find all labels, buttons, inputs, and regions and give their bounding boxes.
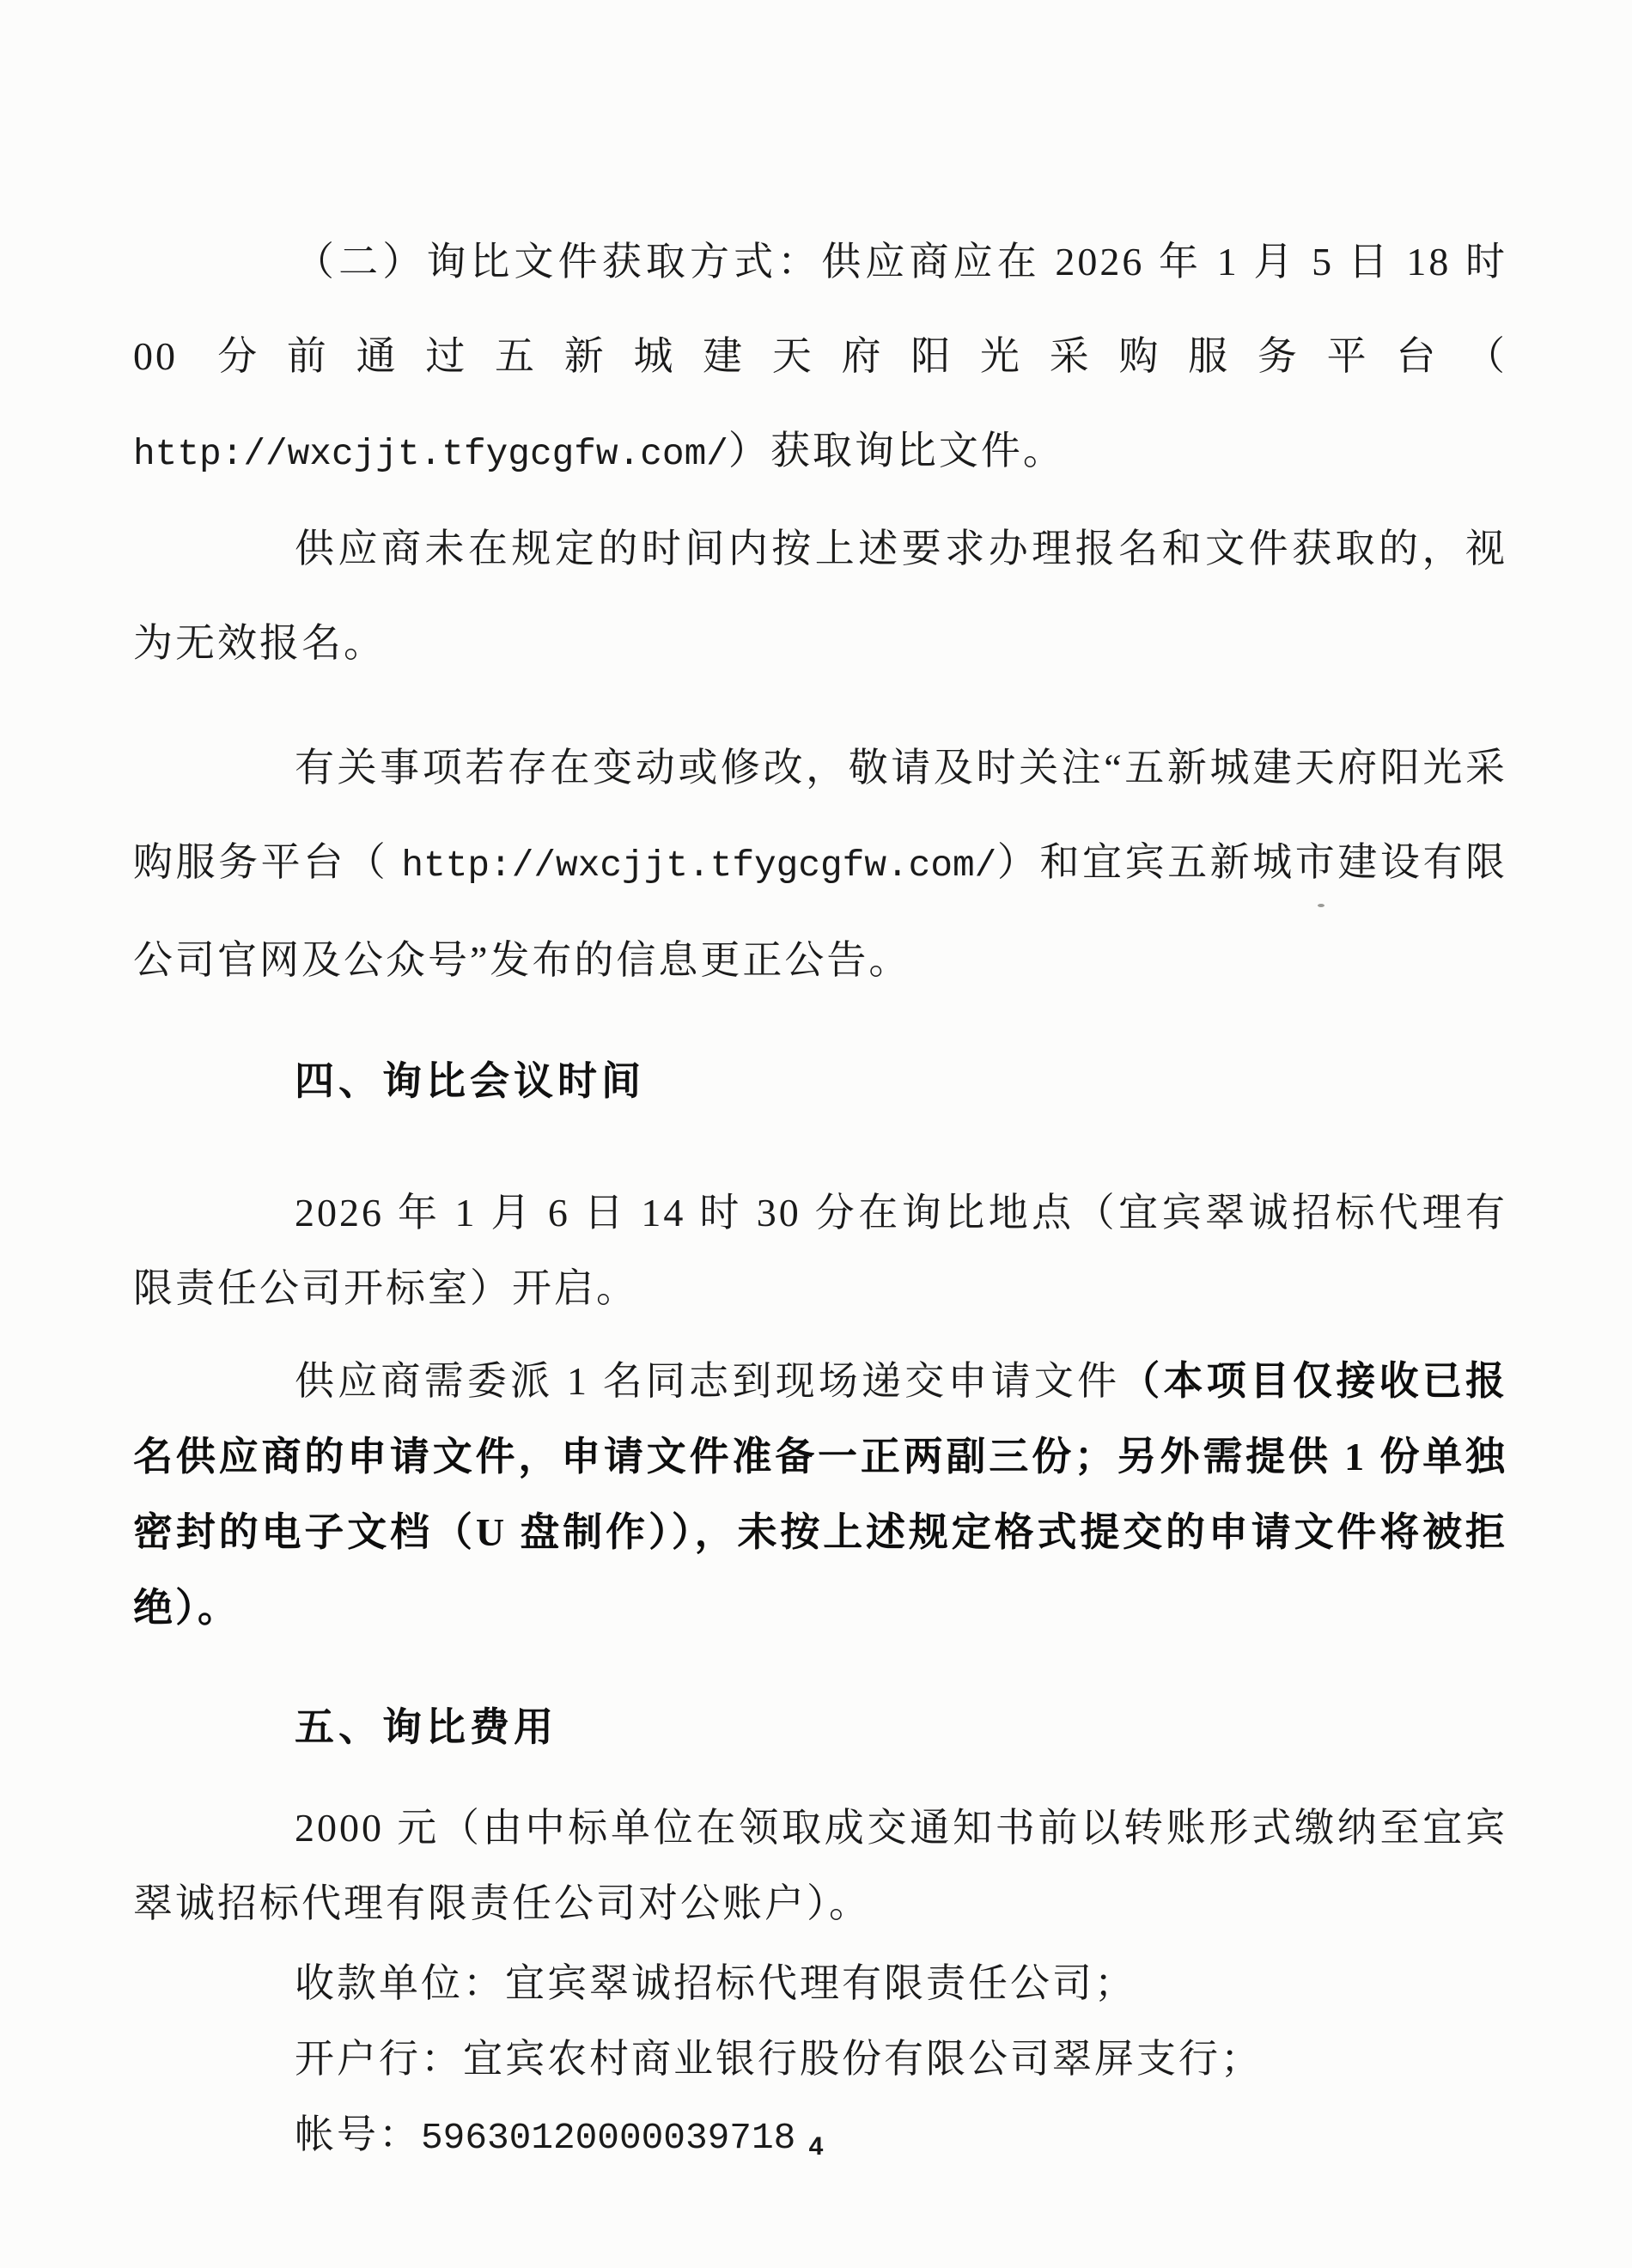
paragraph-bank: 开户行：宜宾农村商业银行股份有限公司翠屏支行； [133, 2021, 1507, 2097]
scanned-document-page: （二）询比文件获取方式：供应商应在 2026 年 1 月 5 日 18 时 00… [0, 0, 1632, 2268]
paragraph-invalid-registration: 供应商未在规定的时间内按上述要求办理报名和文件获取的，视为无效报名。 [133, 502, 1507, 691]
section-heading-meeting-time: 四、询比会议时间 [133, 1033, 1507, 1128]
paragraph-text: 开户行：宜宾农村商业银行股份有限公司翠屏支行； [295, 2037, 1263, 2081]
page-number: 4 [809, 2132, 824, 2161]
section-heading-fee: 五、询比费用 [133, 1689, 1507, 1765]
paragraph-payee: 收款单位：宜宾翠诚招标代理有限责任公司； [133, 1946, 1507, 2021]
scan-speckle [1318, 904, 1324, 907]
paragraph-meeting-time: 2026 年 1 月 6 日 14 时 30 分在询比地点（宜宾翠诚招标代理有限… [133, 1175, 1507, 1326]
paragraph-fee-amount: 2000 元（由中标单位在领取成交通知书前以转账形式缴纳至宜宾翠诚招标代理有限责… [133, 1790, 1507, 1942]
paragraph-text: 2026 年 1 月 6 日 14 时 30 分在询比地点（宜宾翠诚招标代理有限… [133, 1191, 1507, 1310]
paragraph-text: ）获取询比文件。 [728, 429, 1065, 472]
paragraph-text: 2000 元（由中标单位在领取成交通知书前以转账形式缴纳至宜宾翠诚招标代理有限责… [133, 1806, 1507, 1925]
platform-url: http://wxcjjt.tfygcgfw.com/ [401, 844, 996, 887]
paragraph-text: 供应商未在规定的时间内按上述要求办理报名和文件获取的，视为无效报名。 [133, 527, 1507, 665]
heading-text: 四、询比会议时间 [295, 1058, 645, 1103]
paragraph-text: （二）询比文件获取方式：供应商应在 2026 年 1 月 5 日 18 时 00… [133, 240, 1507, 378]
page-footer: 4 [0, 2132, 1632, 2161]
paragraph-change-notice: 有关事项若存在变动或修改，敬请及时关注“五新城建天府阳光采购服务平台（ http… [133, 721, 1507, 1008]
scan-speckle [1183, 534, 1187, 542]
platform-url: http://wxcjjt.tfygcgfw.com/ [133, 433, 728, 475]
heading-text: 五、询比费用 [295, 1704, 557, 1749]
paragraph-text: 收款单位：宜宾翠诚招标代理有限责任公司； [295, 1961, 1136, 2005]
paragraph-file-acquisition: （二）询比文件获取方式：供应商应在 2026 年 1 月 5 日 18 时 00… [133, 215, 1507, 502]
paragraph-text: 供应商需委派 1 名同志到现场递交申请文件 [295, 1359, 1120, 1403]
paragraph-submission-requirements: 供应商需委派 1 名同志到现场递交申请文件（本项目仅接收已报名供应商的申请文件，… [133, 1344, 1507, 1646]
document-body: （二）询比文件获取方式：供应商应在 2026 年 1 月 5 日 18 时 00… [133, 215, 1507, 2176]
